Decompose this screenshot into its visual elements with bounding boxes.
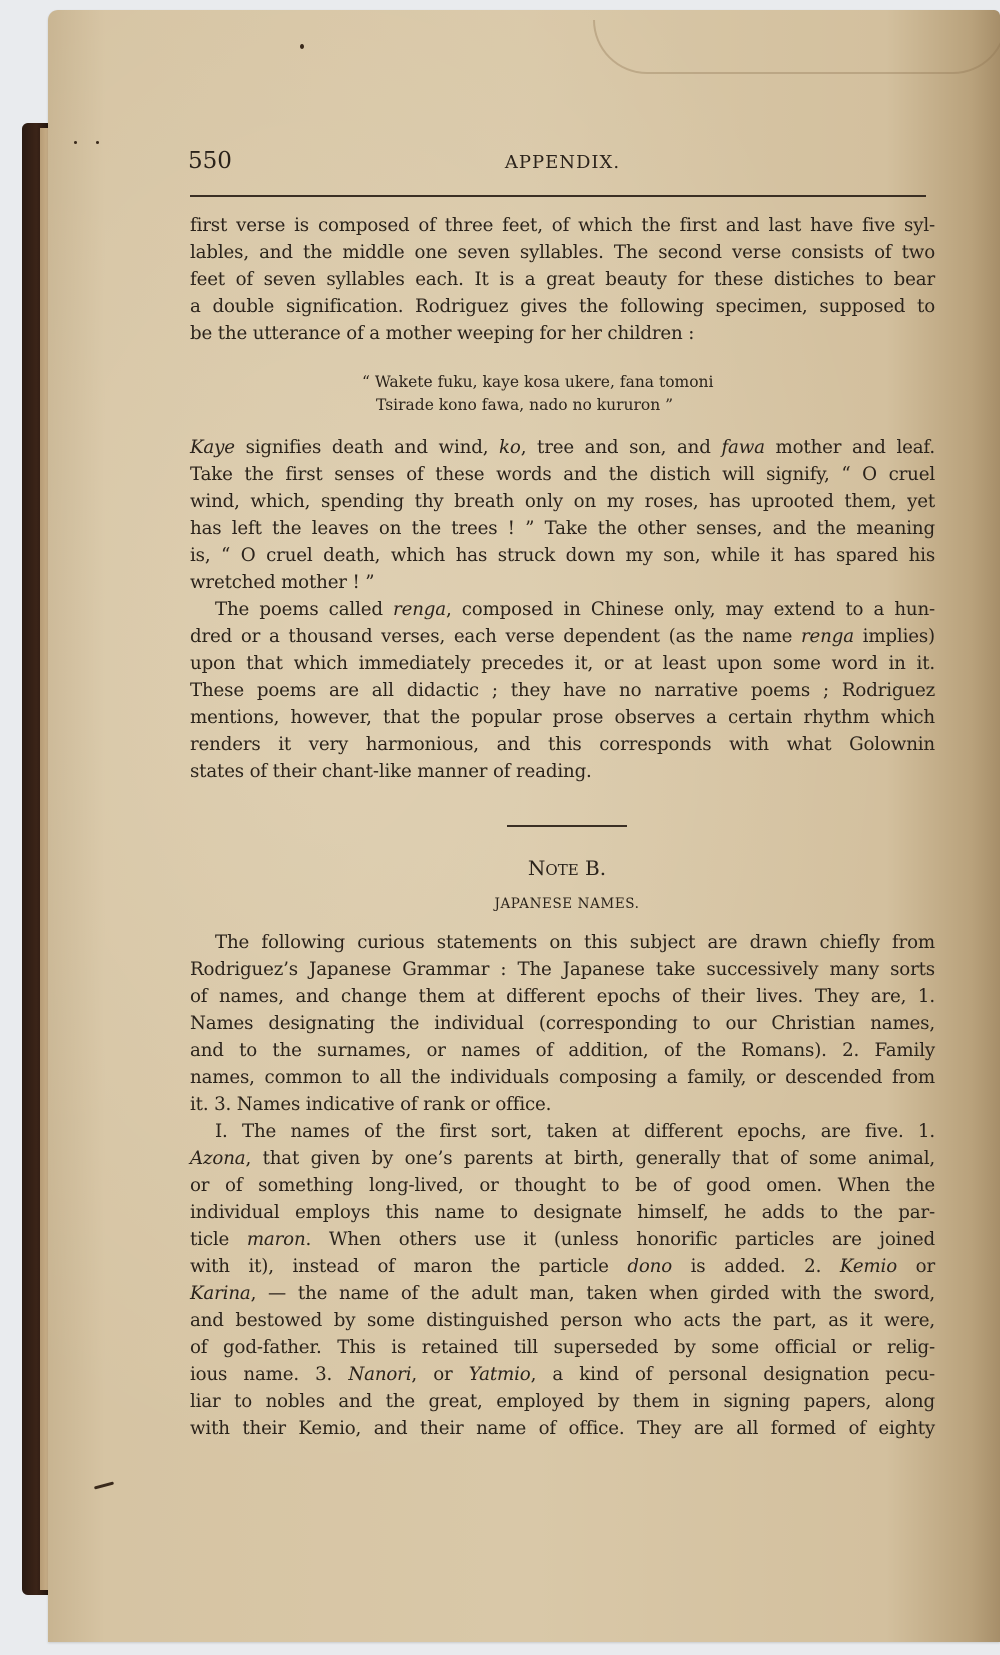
italic-term: Karina bbox=[190, 1283, 251, 1304]
italic-term: Kaye bbox=[190, 437, 235, 458]
text-line: has left the leaves on the trees ! ” Tak… bbox=[190, 517, 935, 541]
verse-line: “ Wakete fuku, kaye kosa ukere, fana tom… bbox=[362, 371, 714, 393]
text-line: ious name. 3. Nanori, or Yatmio, a kind … bbox=[190, 1363, 935, 1387]
text-line: wretched mother ! ” bbox=[190, 571, 935, 595]
text-span: , composed in Chinese only, may extend t… bbox=[446, 599, 935, 620]
note-heading: NOTE B. bbox=[507, 856, 627, 880]
italic-term: fawa bbox=[721, 437, 764, 458]
text-span: , tree and son, and bbox=[521, 437, 722, 458]
text-span: implies) bbox=[854, 626, 935, 647]
text-line: Karina, — the name of the adult man, tak… bbox=[190, 1282, 935, 1306]
text-span: is added. 2. bbox=[672, 1256, 840, 1277]
italic-term: Yatmio bbox=[469, 1364, 531, 1385]
text-span: The poems called bbox=[215, 599, 393, 620]
text-span: , a kind of personal designation pecu- bbox=[531, 1364, 935, 1385]
ink-speck bbox=[96, 141, 99, 144]
text-line: feet of seven syllables each. It is a gr… bbox=[190, 268, 935, 292]
verse-line: Tsirade kono fawa, nado no kururon ” bbox=[376, 394, 673, 416]
text-span: ious name. 3. bbox=[190, 1364, 348, 1385]
text-line: a double signification. Rodriguez gives … bbox=[190, 295, 935, 319]
text-line: and to the surnames, or names of additio… bbox=[190, 1039, 935, 1063]
running-head: APPENDIX. bbox=[0, 152, 1000, 173]
text-line: These poems are all didactic ; they have… bbox=[190, 679, 935, 703]
text-line: Take the first senses of these words and… bbox=[190, 463, 935, 487]
text-line: I. The names of the first sort, taken at… bbox=[215, 1120, 935, 1144]
text-span: or bbox=[897, 1256, 935, 1277]
text-line: upon that which immediately precedes it,… bbox=[190, 652, 935, 676]
text-span: , or bbox=[411, 1364, 468, 1385]
section-separator-rule bbox=[507, 825, 627, 827]
ink-speck bbox=[300, 44, 304, 49]
text-line: liar to nobles and the great, employed b… bbox=[190, 1390, 935, 1414]
italic-term: dono bbox=[627, 1256, 672, 1277]
header-rule bbox=[190, 195, 926, 197]
italic-term: Kemio bbox=[840, 1256, 897, 1277]
text-line: The following curious statements on this… bbox=[215, 931, 935, 955]
text-span: with it), instead of maron the particle bbox=[190, 1256, 627, 1277]
italic-term: ko bbox=[499, 437, 521, 458]
text-span: mother and leaf. bbox=[765, 437, 935, 458]
italic-term: renga bbox=[801, 626, 854, 647]
italic-term: Nanori bbox=[348, 1364, 411, 1385]
italic-term: renga bbox=[393, 599, 446, 620]
text-span: dred or a thousand verses, each verse de… bbox=[190, 626, 801, 647]
text-line: mentions, however, that the popular pros… bbox=[190, 706, 935, 730]
note-subheading: JAPANESE NAMES. bbox=[440, 896, 694, 912]
text-line: of names, and change them at different e… bbox=[190, 985, 935, 1009]
water-stain bbox=[593, 20, 1000, 74]
text-line: be the utterance of a mother weeping for… bbox=[190, 322, 935, 346]
text-line: Rodriguez’s Japanese Grammar : The Japan… bbox=[190, 958, 935, 982]
italic-term: Azona bbox=[190, 1148, 245, 1169]
text-line: lables, and the middle one seven syllabl… bbox=[190, 241, 935, 265]
text-line: of god-father. This is retained till sup… bbox=[190, 1336, 935, 1360]
text-line: Azona, that given by one’s parents at bi… bbox=[190, 1147, 935, 1171]
text-line: wind, which, spending thy breath only on… bbox=[190, 490, 935, 514]
text-span: ticle bbox=[190, 1229, 247, 1250]
text-line: ticle maron. When others use it (unless … bbox=[190, 1228, 935, 1252]
text-line: names, common to all the individuals com… bbox=[190, 1066, 935, 1090]
text-line: The poems called renga, composed in Chin… bbox=[215, 598, 935, 622]
text-line: Names designating the individual (corres… bbox=[190, 1012, 935, 1036]
text-line: and bestowed by some distinguished perso… bbox=[190, 1309, 935, 1333]
text-line: or of something long-lived, or thought t… bbox=[190, 1174, 935, 1198]
text-span: OTE bbox=[545, 861, 578, 879]
italic-term: maron bbox=[247, 1229, 306, 1250]
text-line: renders it very harmonious, and this cor… bbox=[190, 733, 935, 757]
text-span: signifies death and wind, bbox=[235, 437, 499, 458]
ink-speck bbox=[74, 141, 77, 144]
text-line: dred or a thousand verses, each verse de… bbox=[190, 625, 935, 649]
text-line: with it), instead of maron the particle … bbox=[190, 1255, 935, 1279]
text-line: Kaye signifies death and wind, ko, tree … bbox=[190, 436, 935, 460]
text-line: individual employs this name to designat… bbox=[190, 1201, 935, 1225]
text-span: . When others use it (unless honorific p… bbox=[306, 1229, 935, 1250]
text-line: states of their chant-like manner of rea… bbox=[190, 760, 935, 784]
text-line: with their Kemio, and their name of offi… bbox=[190, 1417, 935, 1441]
text-span: , — the name of the adult man, taken whe… bbox=[251, 1283, 935, 1304]
text-span: N bbox=[528, 856, 546, 880]
text-line: is, “ O cruel death, which has struck do… bbox=[190, 544, 935, 568]
text-line: first verse is composed of three feet, o… bbox=[190, 214, 935, 238]
text-line: it. 3. Names indicative of rank or offic… bbox=[190, 1093, 935, 1117]
text-span: , that given by one’s parents at birth, … bbox=[245, 1148, 935, 1169]
text-span: B. bbox=[579, 856, 606, 880]
